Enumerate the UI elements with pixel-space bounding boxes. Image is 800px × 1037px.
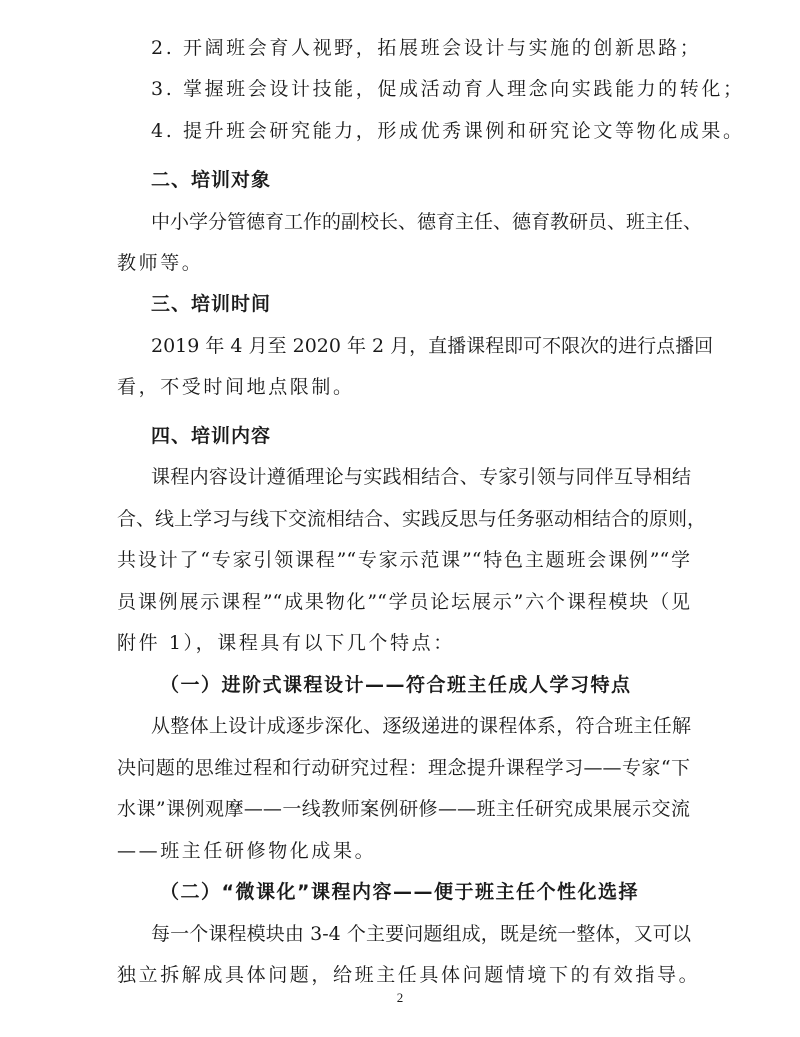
paragraph-line: 共设计了“专家引领课程”“专家示范课”“特色主题班会课例”“学 bbox=[117, 545, 690, 575]
paragraph-line: 附件 1），课程具有以下几个特点： bbox=[117, 628, 690, 658]
paragraph-line: 看，不受时间地点限制。 bbox=[117, 372, 690, 402]
paragraph-line: 员课例展示课程”“成果物化”“学员论坛展示”六个课程模块（见 bbox=[117, 587, 690, 617]
paragraph-line: 决问题的思维过程和行动研究过程：理念提升课程学习——专家“下 bbox=[117, 753, 690, 783]
objective-item-2: 2. 开阔班会育人视野，拓展班会设计与实施的创新思路； bbox=[151, 33, 691, 63]
paragraph-line: 从整体上设计成逐步深化、逐级递进的课程体系，符合班主任解 bbox=[151, 711, 691, 741]
subsection-heading-progressive: （一）进阶式课程设计——符合班主任成人学习特点 bbox=[160, 670, 733, 700]
paragraph-line: 每一个课程模块由 3-4 个主要问题组成，既是统一整体，又可以 bbox=[151, 919, 691, 949]
paragraph-line: 教师等。 bbox=[117, 248, 690, 278]
paragraph-line: ——班主任研修物化成果。 bbox=[117, 836, 690, 866]
section-heading-trainees: 二、培训对象 bbox=[151, 165, 691, 195]
paragraph-line: 独立拆解成具体问题，给班主任具体问题情境下的有效指导。 bbox=[117, 960, 690, 990]
paragraph-line: 中小学分管德育工作的副校长、德育主任、德育教研员、班主任、 bbox=[151, 207, 691, 237]
objective-item-4: 4. 提升班会研究能力，形成优秀课例和研究论文等物化成果。 bbox=[151, 116, 691, 146]
paragraph-line: 水课”课例观摩——一线教师案例研修——班主任研究成果展示交流 bbox=[117, 794, 690, 824]
section-heading-content: 四、培训内容 bbox=[151, 421, 691, 451]
paragraph-line: 合、线上学习与线下交流相结合、实践反思与任务驱动相结合的原则， bbox=[117, 504, 690, 534]
paragraph-line: 2019 年 4 月至 2020 年 2 月，直播课程即可不限次的进行点播回 bbox=[151, 331, 691, 361]
section-heading-time: 三、培训时间 bbox=[151, 289, 691, 319]
objective-item-3: 3. 掌握班会设计技能，促成活动育人理念向实践能力的转化； bbox=[151, 74, 691, 104]
subsection-heading-micro-course: （二）“微课化”课程内容——便于班主任个性化选择 bbox=[160, 877, 733, 907]
page-number: 2 bbox=[390, 990, 410, 1006]
paragraph-line: 课程内容设计遵循理论与实践相结合、专家引领与同伴互导相结 bbox=[151, 462, 691, 492]
